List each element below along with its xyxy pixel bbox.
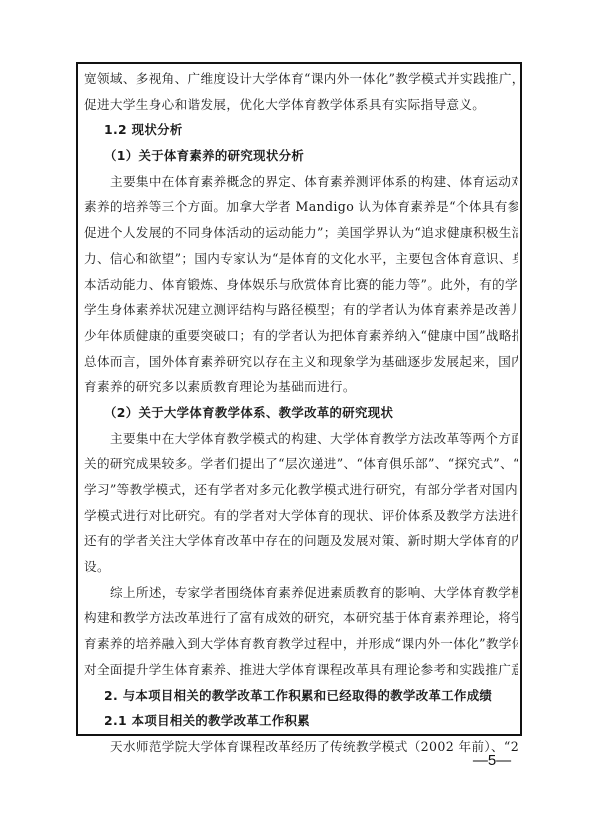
paragraph-line: 还有的学者关注大学体育改革中存在的问题及发展对策、新时期大学体育的内涵建: [84, 528, 518, 554]
subsection-heading-1: （1）关于体育素养的研究现状分析: [84, 143, 518, 169]
paragraph-line: 学模式进行对比研究。有的学者对大学体育的现状、评价体系及教学方法进行研究，: [84, 503, 518, 529]
paragraph-line: 构建和教学方法改革进行了富有成效的研究，本研究基于体育素养理论，将学生体: [84, 605, 518, 631]
paragraph-line: 促进大学生身心和谐发展，优化大学体育教学体系具有实际指导意义。: [84, 92, 518, 118]
paragraph-line: 育素养的研究多以素质教育理论为基础而进行。: [84, 374, 518, 400]
document-content-box: 宽领域、多视角、广维度设计大学体育“课内外一体化”教学模式并实践推广，对 促进大…: [76, 62, 522, 736]
paragraph-line: 本活动能力、体育锻炼、身体娱乐与欣赏体育比赛的能力等”。此外，有的学者针对: [84, 272, 518, 298]
paragraph-line: 学习”等教学模式，还有学者对多元化教学模式进行研究，有部分学者对国内外教: [84, 477, 518, 503]
paragraph-line: 促进个人发展的不同身体活动的运动能力”；美国学界认为“追求健康积极生活的能: [84, 220, 518, 246]
paragraph-line: 对全面提升学生体育素养、推进大学体育课程改革具有理论参考和实践推广意义。: [84, 657, 518, 683]
paragraph-line: 主要集中在大学体育教学模式的构建、大学体育教学方法改革等两个方面，相: [84, 426, 518, 452]
paragraph-line: 天水师范学院大学体育课程改革经历了传统教学模式（2002 年前）、“2+2”教学: [84, 734, 518, 760]
paragraph-line: 育素养的培养融入到大学体育教育教学过程中，并形成“课内外一体化”教学体系，: [84, 631, 518, 657]
section-heading-2-1: 2.1 本项目相关的教学改革工作积累: [84, 708, 518, 734]
paragraph-line: 总体而言，国外体育素养研究以存在主义和现象学为基础逐步发展起来，国内对体: [84, 349, 518, 375]
paragraph-line: 素养的培养等三个方面。加拿大学者 Mandigo 认为体育素养是“个体具有参与利…: [84, 194, 518, 220]
paragraph-line: 力、信心和欲望”；国内专家认为“是体育的文化水平，主要包含体育意识、身体基: [84, 246, 518, 272]
page-number: —5—: [462, 752, 522, 769]
paragraph-line: 宽领域、多视角、广维度设计大学体育“课内外一体化”教学模式并实践推广，对: [84, 66, 518, 92]
section-heading-1-2: 1.2 现状分析: [84, 117, 518, 143]
paragraph-line: 学生身体素养状况建立测评结构与路径模型；有的学者认为体育素养是改善儿童青: [84, 297, 518, 323]
paragraph-line: 少年体质健康的重要突破口；有的学者认为把体育素养纳入“健康中国”战略指标。: [84, 323, 518, 349]
paragraph-line: 设。: [84, 554, 518, 580]
paragraph-line: 主要集中在体育素养概念的界定、体育素养测评体系的构建、体育运动对体育: [84, 169, 518, 195]
section-heading-2: 2. 与本项目相关的教学改革工作积累和已经取得的教学改革工作成绩: [84, 683, 518, 709]
subsection-heading-2: （2）关于大学体育教学体系、教学改革的研究现状: [84, 400, 518, 426]
paragraph-line: 关的研究成果较多。学者们提出了“层次递进”、“体育俱乐部”、“探究式”、“合作: [84, 451, 518, 477]
paragraph-line: 综上所述，专家学者围绕体育素养促进素质教育的影响、大学体育教学模式的: [84, 580, 518, 606]
document-body: 宽领域、多视角、广维度设计大学体育“课内外一体化”教学模式并实践推广，对 促进大…: [84, 66, 518, 760]
